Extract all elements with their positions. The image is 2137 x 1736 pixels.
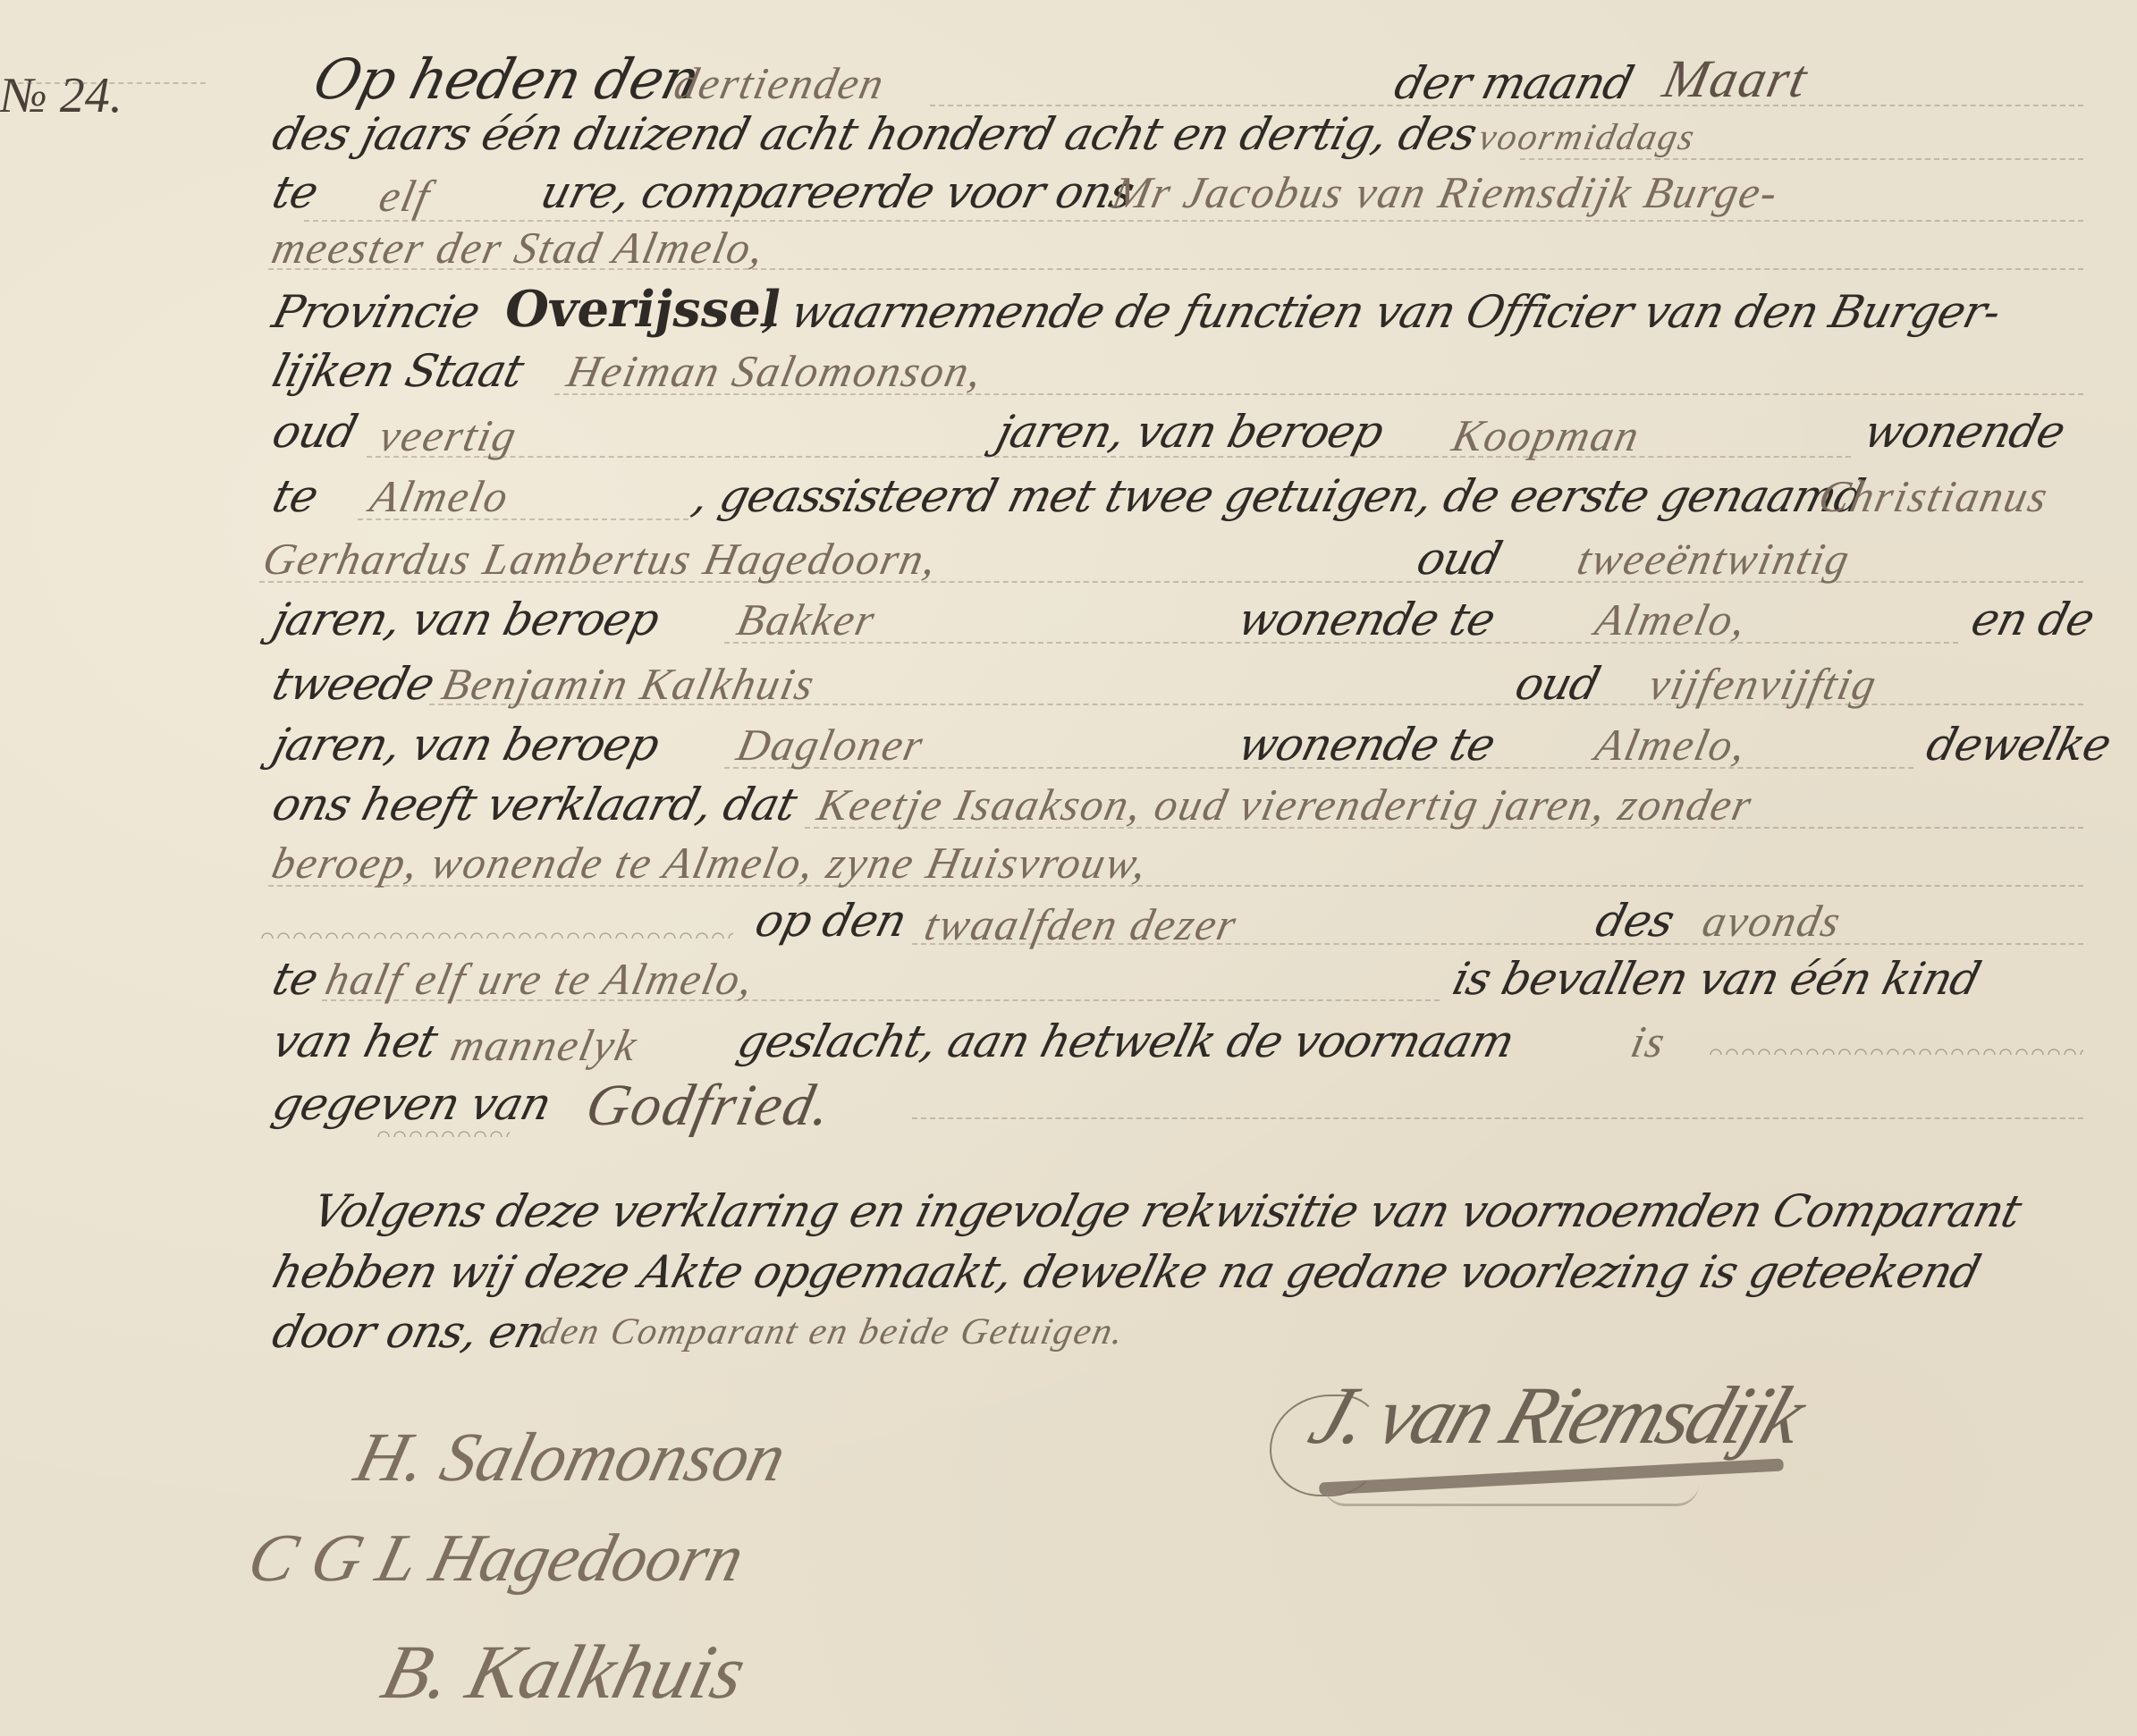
handwritten-occupation: Koopman [1449, 413, 1644, 458]
ruled-line [259, 581, 2083, 583]
underline-flourish [376, 1128, 510, 1137]
printed-text: gegeven van [268, 1082, 555, 1126]
printed-text: wonende te [1234, 597, 1499, 642]
printed-text: Op heden den [308, 52, 705, 107]
handwritten-child-name: Godfried. [581, 1076, 838, 1135]
ruled-line [304, 220, 2083, 222]
printed-text: op den [751, 898, 910, 943]
text-line-15: op den twaalfden dezer des avonds [0, 898, 2137, 961]
ruled-line [367, 456, 1851, 458]
printed-text: wonende te [1234, 722, 1499, 767]
printed-text: , waarnemende de functien van Officier v… [760, 290, 2005, 334]
text-line-20: hebben wij deze Akte opgemaakt, dewelke … [0, 1250, 2137, 1312]
signature-declarant: H. Salomonson [348, 1417, 794, 1497]
signature-witness-2: B. Kalkhuis [374, 1627, 755, 1716]
handwritten-declarant: Heiman Salomonson, [563, 349, 987, 393]
printed-text: oud [1413, 536, 1506, 581]
printed-province: Overijssel [501, 284, 785, 334]
printed-text: ure, compareerde voor ons [536, 170, 1138, 215]
handwritten-official-cont: meester der Stad Almelo, [268, 225, 769, 270]
text-line-4: meester der Stad Almelo, [0, 225, 2137, 288]
printed-text: en de [1967, 597, 2099, 642]
handwritten-witness2-name: Benjamin Kalkhuis [438, 662, 820, 706]
ruled-line [724, 767, 1913, 769]
text-line-13: ons heeft verklaard, dat Keetje Isaakson… [0, 782, 2137, 845]
handwritten-witness1-occupation: Bakker [733, 597, 880, 642]
printed-text: Volgens deze verklaring en ingevolge rek… [308, 1189, 2025, 1234]
handwritten-residence: Almelo [367, 474, 513, 518]
printed-text: te [268, 956, 322, 1001]
printed-text: des [1592, 898, 1678, 943]
handwritten-witness2-residence: Almelo, [1592, 722, 1752, 767]
printed-text: van het [268, 1019, 442, 1064]
signature-mayor-name: J. van Riemsdijk [1299, 1368, 1814, 1462]
text-line-11: tweede Benjamin Kalkhuis oud vijfenvijft… [0, 662, 2137, 724]
ruled-line [268, 885, 2083, 887]
ruled-line [1520, 158, 2083, 160]
handwritten-is: is [1627, 1019, 1670, 1064]
ruled-line [358, 518, 688, 520]
handwritten-witness2-occupation: Dagloner [733, 722, 928, 767]
printed-text: jaren, van beroep [268, 597, 663, 642]
text-line-12: jaren, van beroep Dagloner wonende te Al… [0, 722, 2137, 785]
handwritten-witness1-first: Christianus [1815, 474, 2053, 518]
text-line-18: gegeven van Godfried. [0, 1082, 2137, 1144]
handwritten-birth-time-place: half elf ure te Almelo, [322, 956, 759, 1001]
ruled-line [912, 1117, 2083, 1119]
handwritten-witness1-name: Gerhardus Lambertus Hagedoorn, [259, 536, 942, 581]
printed-text: des jaars één duizend acht honderd acht … [268, 112, 1481, 156]
handwritten-month: Maart [1659, 52, 1813, 105]
text-line-2: des jaars één duizend acht honderd acht … [0, 112, 2137, 174]
handwritten-time-of-day: voormiddags [1475, 119, 1699, 156]
printed-text: lijken Staat [268, 349, 528, 393]
text-line-6: lijken Staat Heiman Salomonson, [0, 349, 2137, 411]
signature-flourish [1323, 1484, 1699, 1506]
printed-text: oud [268, 409, 361, 454]
handwritten-part-of-day: avonds [1699, 898, 1846, 943]
ruled-line [268, 268, 2083, 270]
ruled-line [805, 827, 2083, 829]
handwritten-mother-cont: beroep, wonende te Almelo, zyne Huisvrou… [268, 840, 1153, 885]
signature-mayor: J. van Riemsdijk [1234, 1359, 1913, 1520]
printed-text: door ons, en [268, 1310, 549, 1354]
handwritten-sex: mannelyk [447, 1023, 642, 1067]
handwritten-mother: Keetje Isaakson, oud vierendertig jaren,… [814, 782, 1757, 827]
text-line-5: Provincie Overijssel , waarnemende de fu… [0, 284, 2137, 347]
printed-text: Provincie [268, 290, 484, 334]
text-line-10: jaren, van beroep Bakker wonende te Alme… [0, 597, 2137, 660]
printed-text: dewelke [1922, 722, 2115, 767]
text-line-14: beroep, wonende te Almelo, zyne Huisvrou… [0, 840, 2137, 903]
signature-witness-1: C G L Hagedoorn [241, 1520, 751, 1597]
printed-text: , geassisteerd met twee getuigen, de eer… [688, 474, 1869, 518]
birth-record-page: № 24. Op heden den dertienden der maand … [0, 0, 2137, 1736]
ruled-line [930, 105, 2083, 106]
handwritten-signers: den Comparant en beide Getuigen. [536, 1313, 1128, 1351]
printed-text: der maand [1390, 61, 1637, 105]
printed-text: wonende [1860, 409, 2069, 454]
printed-text: te [268, 170, 322, 215]
handwritten-day: dertienden [671, 61, 889, 105]
cancel-flourish [1708, 1046, 2083, 1055]
handwritten-birth-day: twaalfden dezer [921, 902, 1242, 947]
printed-text: is bevallen van één kind [1449, 956, 1984, 1001]
text-line-16: te half elf ure te Almelo, is bevallen v… [0, 956, 2137, 1019]
text-line-8: te Almelo , geassisteerd met twee getuig… [0, 474, 2137, 536]
handwritten-official: Mr Jacobus van Riemsdijk Burge- [1109, 170, 1783, 215]
ruled-line [429, 704, 2083, 705]
handwritten-witness2-age: vijfenvijftig [1645, 662, 1881, 706]
handwritten-witness1-residence: Almelo, [1592, 597, 1752, 642]
ruled-line [724, 642, 1958, 644]
printed-text: ons heeft verklaard, dat [268, 782, 800, 827]
printed-text: geslacht, aan hetwelk de voornaam [733, 1019, 1518, 1064]
handwritten-hour: elf [376, 173, 435, 218]
printed-text: oud [1511, 662, 1604, 706]
printed-text: jaren, van beroep [268, 722, 663, 767]
ruled-line [912, 943, 2083, 945]
printed-text: hebben wij deze Akte opgemaakt, dewelke … [268, 1250, 1984, 1294]
handwritten-witness1-age: tweeëntwintig [1574, 536, 1854, 581]
handwritten-age: veertig [376, 413, 521, 458]
ruled-line [322, 999, 1440, 1001]
text-line-9: Gerhardus Lambertus Hagedoorn, oud tweeë… [0, 536, 2137, 599]
text-line-19: Volgens deze verklaring en ingevolge rek… [0, 1189, 2137, 1251]
ruled-line [554, 393, 2083, 395]
text-line-7: oud veertig jaren, van beroep Koopman wo… [0, 409, 2137, 472]
printed-text: tweede [268, 662, 438, 706]
printed-text: jaren, van beroep [992, 409, 1388, 454]
printed-text: te [268, 474, 322, 518]
